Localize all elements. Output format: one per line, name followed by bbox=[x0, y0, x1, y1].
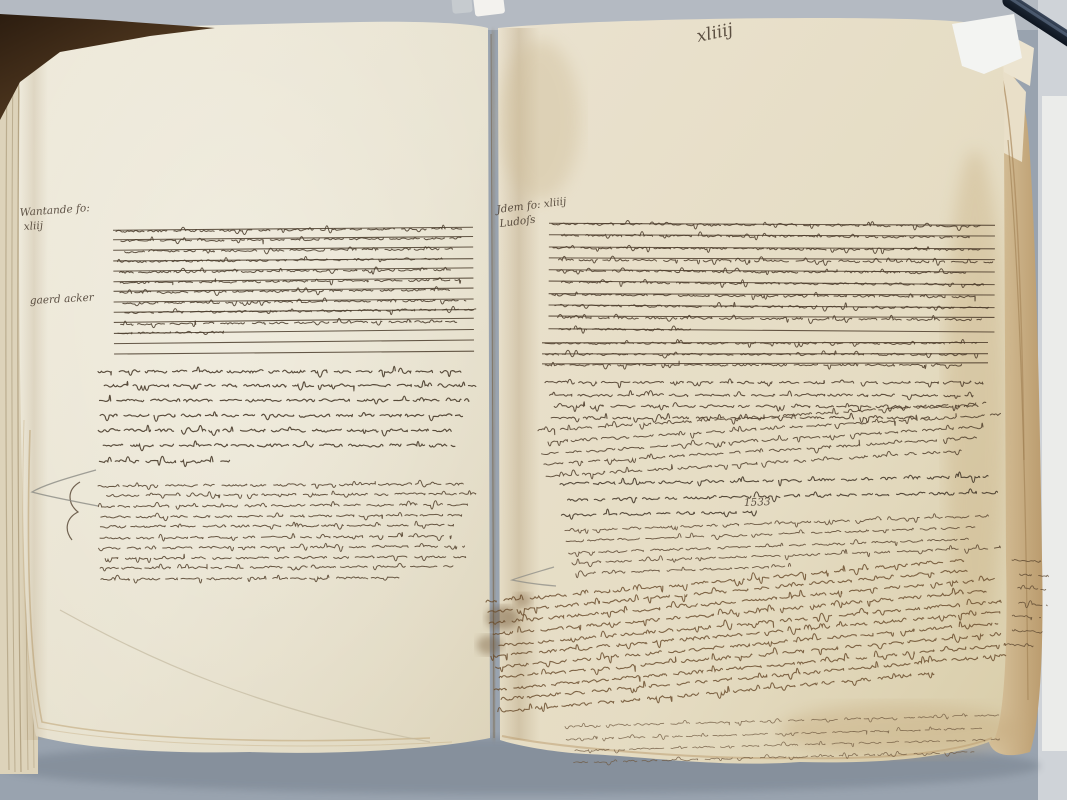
left-margin-note-line2: xliij bbox=[23, 220, 44, 233]
year-1533: 1533 bbox=[744, 496, 771, 509]
grey-tab bbox=[451, 0, 472, 14]
right-white-background bbox=[1042, 96, 1067, 751]
right-page-top-browning bbox=[500, 40, 580, 200]
left-page-edge-shading bbox=[20, 60, 48, 740]
ink-stain-1 bbox=[486, 606, 518, 630]
scene-canvas: xliiij Wantande fo: xliij gaerd acker Jd… bbox=[0, 0, 1067, 800]
manuscript-photograph: xliiij Wantande fo: xliij gaerd acker Jd… bbox=[0, 0, 1067, 800]
